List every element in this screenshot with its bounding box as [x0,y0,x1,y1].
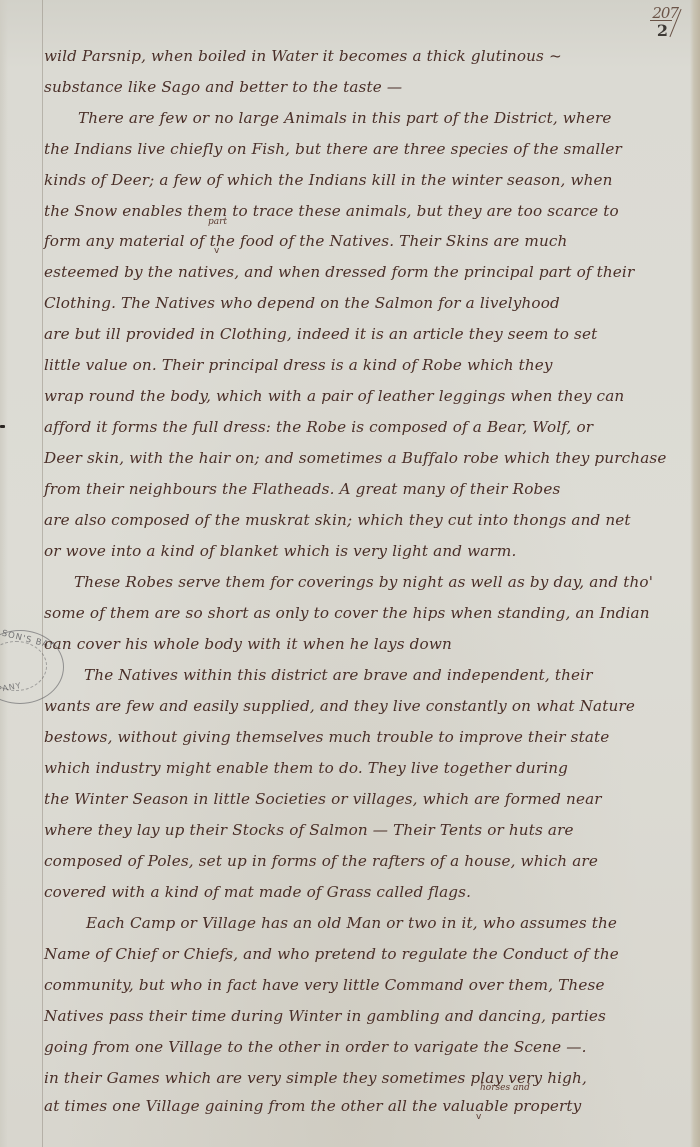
text-line: bestows, without giving themselves much … [44,728,609,746]
margin-rule [42,0,43,1147]
folio-number: 207 2 [644,4,678,40]
text-line: afford it forms the full dress: the Robe… [44,418,593,436]
text-line: composed of Poles, set up in forms of th… [44,852,598,870]
ink-blot [0,425,5,428]
text-line: going from one Village to the other in o… [44,1038,587,1056]
text-line: covered with a kind of mat made of Grass… [44,883,471,901]
text-line: from their neighbours the Flatheads. A g… [44,480,560,498]
text-line: where they lay up their Stocks of Salmon… [44,821,574,839]
text-line: kinds of Deer; a few of which the Indian… [44,171,613,189]
text-line: little value on. Their principal dress i… [44,356,553,374]
text-line: the Snow enables them to trace these ani… [44,202,619,220]
text-line: The Natives within this district are bra… [84,666,593,684]
text-line: wants are few and easily supplied, and t… [44,697,635,715]
text-line: There are few or no large Animals in thi… [78,109,612,127]
text-line: are but ill provided in Clothing, indeed… [44,325,597,343]
text-line: or wove into a kind of blanket which is … [44,542,516,560]
text-line: at times one Village gaining from the ot… [44,1097,581,1115]
text-line: Deer skin, with the hair on; and sometim… [44,449,667,467]
text-line: Each Camp or Village has an old Man or t… [86,914,617,932]
text-line: These Robes serve them for coverings by … [74,573,653,591]
text-line: form any material of the food of the Nat… [44,232,567,250]
interlinear-insertion: horses and [480,1083,530,1093]
text-line: substance like Sago and better to the ta… [44,78,402,96]
archive-stamp-bottom-text: PANY [0,681,22,694]
text-line: which industry might enable them to do. … [44,759,568,777]
text-line: wild Parsnip, when boiled in Water it be… [44,47,562,65]
text-line: Natives pass their time during Winter in… [44,1007,606,1025]
text-line: Clothing. The Natives who depend on the … [44,294,560,312]
page-right-edge [690,0,700,1147]
text-line: are also composed of the muskrat skin; w… [44,511,631,529]
text-line: the Indians live chiefly on Fish, but th… [44,140,622,158]
text-line: esteemed by the natives, and when dresse… [44,263,634,281]
interlinear-insertion: part [208,217,227,227]
text-line: the Winter Season in little Societies or… [44,790,602,808]
manuscript-page: 207 2 SON'S BAY PANY wild Parsnip, when … [0,0,700,1147]
text-line: can cover his whole body with it when he… [44,635,452,653]
folio-number-bottom: 2 [657,21,668,40]
text-line: community, but who in fact have very lit… [44,976,605,994]
page-left-edge [0,0,8,1147]
text-line: wrap round the body, which with a pair o… [44,387,624,405]
text-line: some of them are so short as only to cov… [44,604,650,622]
text-line: Name of Chief or Chiefs, and who pretend… [44,945,619,963]
